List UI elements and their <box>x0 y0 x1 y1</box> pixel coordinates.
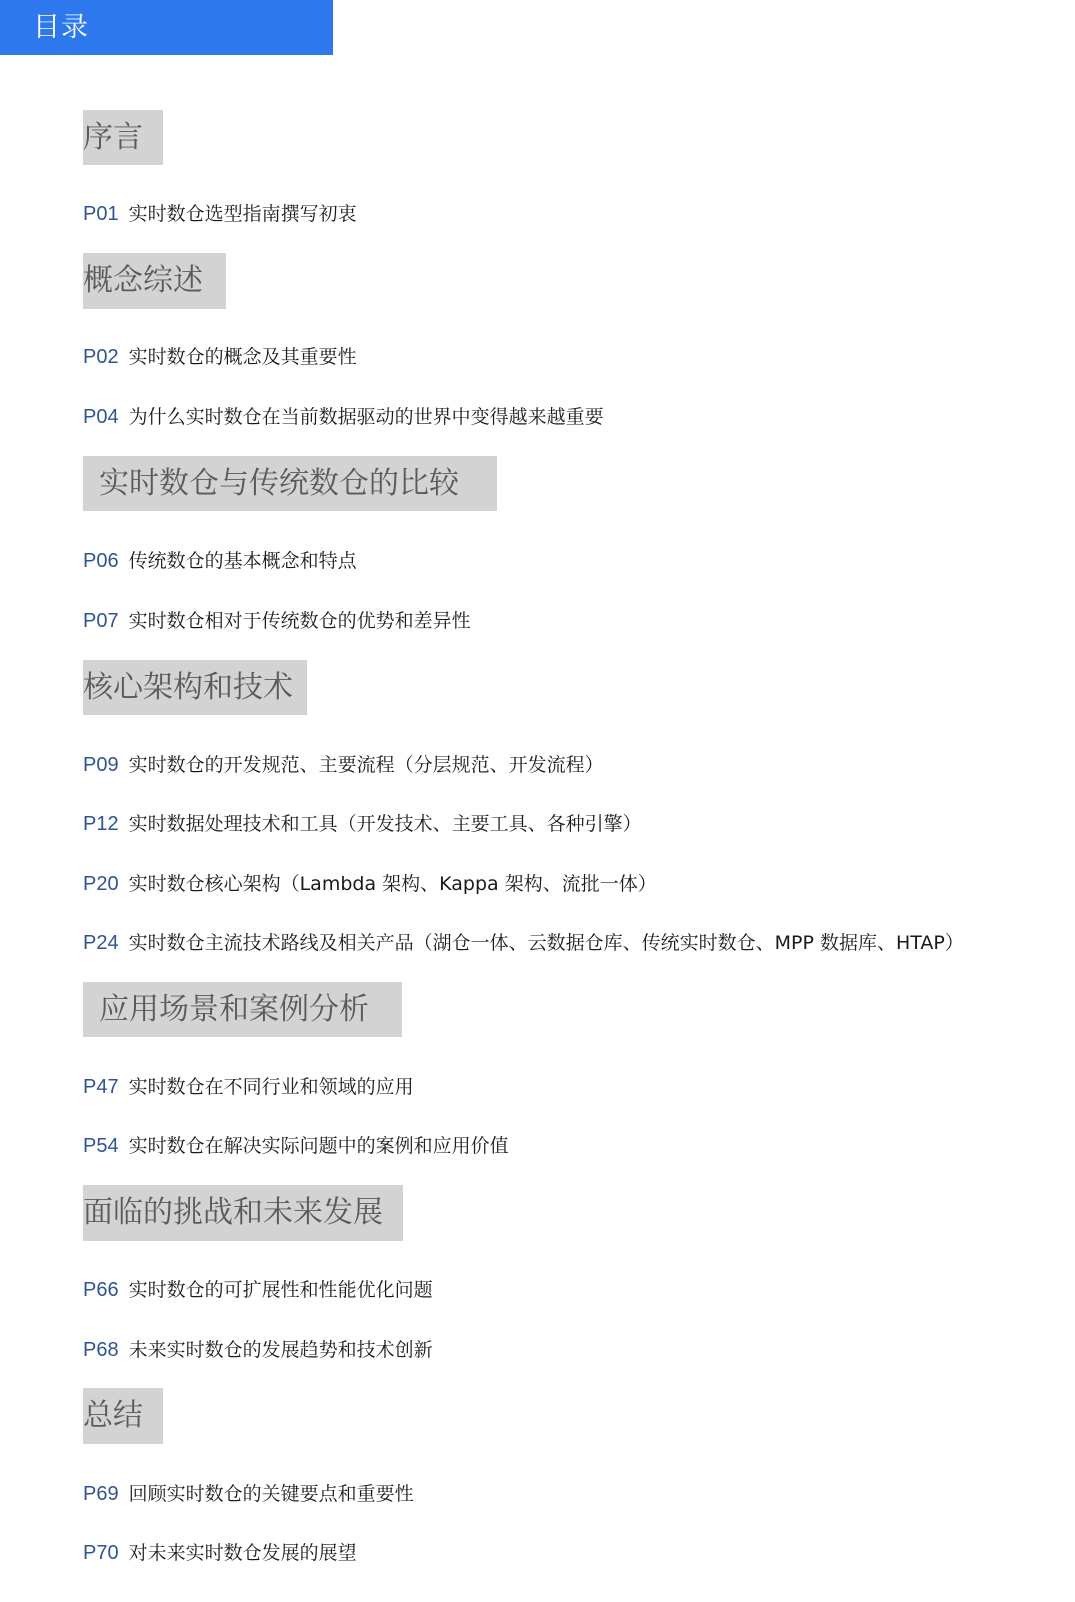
section-heading-challenges[interactable]: 面临的挑战和未来发展 <box>83 1185 403 1241</box>
page-number: P02 <box>83 346 119 368</box>
toc-entry[interactable]: P66实时数仓的可扩展性和性能优化问题 <box>83 1275 433 1305</box>
entry-title: 实时数仓主流技术路线及相关产品（湖仓一体、云数据仓库、传统实时数仓、MPP 数据… <box>129 932 964 954</box>
section-title: 核心架构和技术 <box>83 660 293 715</box>
page-number: P70 <box>83 1542 119 1564</box>
toc-entry[interactable]: P12实时数据处理技术和工具（开发技术、主要工具、各种引擎） <box>83 809 642 839</box>
entry-title: 实时数仓选型指南撰写初衷 <box>129 203 357 225</box>
section-title: 应用场景和案例分析 <box>99 982 369 1037</box>
page-number: P06 <box>83 550 119 572</box>
page-number: P69 <box>83 1483 119 1505</box>
toc-entry[interactable]: P24实时数仓主流技术路线及相关产品（湖仓一体、云数据仓库、传统实时数仓、MPP… <box>83 928 964 958</box>
page-number: P47 <box>83 1076 119 1098</box>
entry-title: 对未来实时数仓发展的展望 <box>129 1542 357 1564</box>
section-heading-preface[interactable]: 序言 <box>83 110 163 165</box>
entry-title: 实时数据处理技术和工具（开发技术、主要工具、各种引擎） <box>129 813 642 835</box>
toc-title: 目录 <box>33 10 89 46</box>
entry-title: 实时数仓的可扩展性和性能优化问题 <box>129 1279 433 1301</box>
toc-entry[interactable]: P01实时数仓选型指南撰写初衷 <box>83 199 357 229</box>
entry-title: 回顾实时数仓的关键要点和重要性 <box>129 1483 414 1505</box>
entry-title: 实时数仓在不同行业和领域的应用 <box>129 1076 414 1098</box>
page-number: P54 <box>83 1135 119 1157</box>
section-heading-architecture[interactable]: 核心架构和技术 <box>83 660 307 715</box>
entry-title: 为什么实时数仓在当前数据驱动的世界中变得越来越重要 <box>129 406 604 428</box>
page-number: P66 <box>83 1279 119 1301</box>
toc-entry[interactable]: P68未来实时数仓的发展趋势和技术创新 <box>83 1335 433 1365</box>
section-heading-use-cases[interactable]: 应用场景和案例分析 <box>83 982 402 1037</box>
toc-entry[interactable]: P20实时数仓核心架构（Lambda 架构、Kappa 架构、流批一体） <box>83 869 657 899</box>
section-title: 序言 <box>83 110 143 165</box>
section-title: 实时数仓与传统数仓的比较 <box>99 456 459 511</box>
section-title: 面临的挑战和未来发展 <box>83 1185 383 1240</box>
toc-entry[interactable]: P70对未来实时数仓发展的展望 <box>83 1538 357 1568</box>
page-number: P01 <box>83 203 119 225</box>
entry-title: 未来实时数仓的发展趋势和技术创新 <box>129 1339 433 1361</box>
toc-header-bar: 目录 <box>0 0 333 55</box>
page-number: P20 <box>83 873 119 895</box>
toc-entry[interactable]: P07实时数仓相对于传统数仓的优势和差异性 <box>83 606 471 636</box>
section-heading-summary[interactable]: 总结 <box>83 1388 163 1444</box>
toc-entry[interactable]: P06传统数仓的基本概念和特点 <box>83 546 357 576</box>
toc-entry[interactable]: P54实时数仓在解决实际问题中的案例和应用价值 <box>83 1131 509 1161</box>
entry-title: 实时数仓在解决实际问题中的案例和应用价值 <box>129 1135 509 1157</box>
section-title: 总结 <box>83 1388 143 1443</box>
entry-title: 传统数仓的基本概念和特点 <box>129 550 357 572</box>
page-number: P07 <box>83 610 119 632</box>
toc-entry[interactable]: P02实时数仓的概念及其重要性 <box>83 342 357 372</box>
page-number: P24 <box>83 932 119 954</box>
entry-title: 实时数仓的开发规范、主要流程（分层规范、开发流程） <box>129 754 604 776</box>
toc-entry[interactable]: P09实时数仓的开发规范、主要流程（分层规范、开发流程） <box>83 750 604 780</box>
section-heading-comparison[interactable]: 实时数仓与传统数仓的比较 <box>83 456 497 511</box>
page-number: P12 <box>83 813 119 835</box>
page-number: P04 <box>83 406 119 428</box>
entry-title: 实时数仓相对于传统数仓的优势和差异性 <box>129 610 471 632</box>
entry-title: 实时数仓核心架构（Lambda 架构、Kappa 架构、流批一体） <box>129 873 657 895</box>
section-title: 概念综述 <box>83 253 203 308</box>
toc-entry[interactable]: P69回顾实时数仓的关键要点和重要性 <box>83 1479 414 1509</box>
page-number: P68 <box>83 1339 119 1361</box>
toc-entry[interactable]: P47实时数仓在不同行业和领域的应用 <box>83 1072 414 1102</box>
section-heading-concepts[interactable]: 概念综述 <box>83 253 226 309</box>
page-number: P09 <box>83 754 119 776</box>
toc-entry[interactable]: P04为什么实时数仓在当前数据驱动的世界中变得越来越重要 <box>83 402 604 432</box>
entry-title: 实时数仓的概念及其重要性 <box>129 346 357 368</box>
